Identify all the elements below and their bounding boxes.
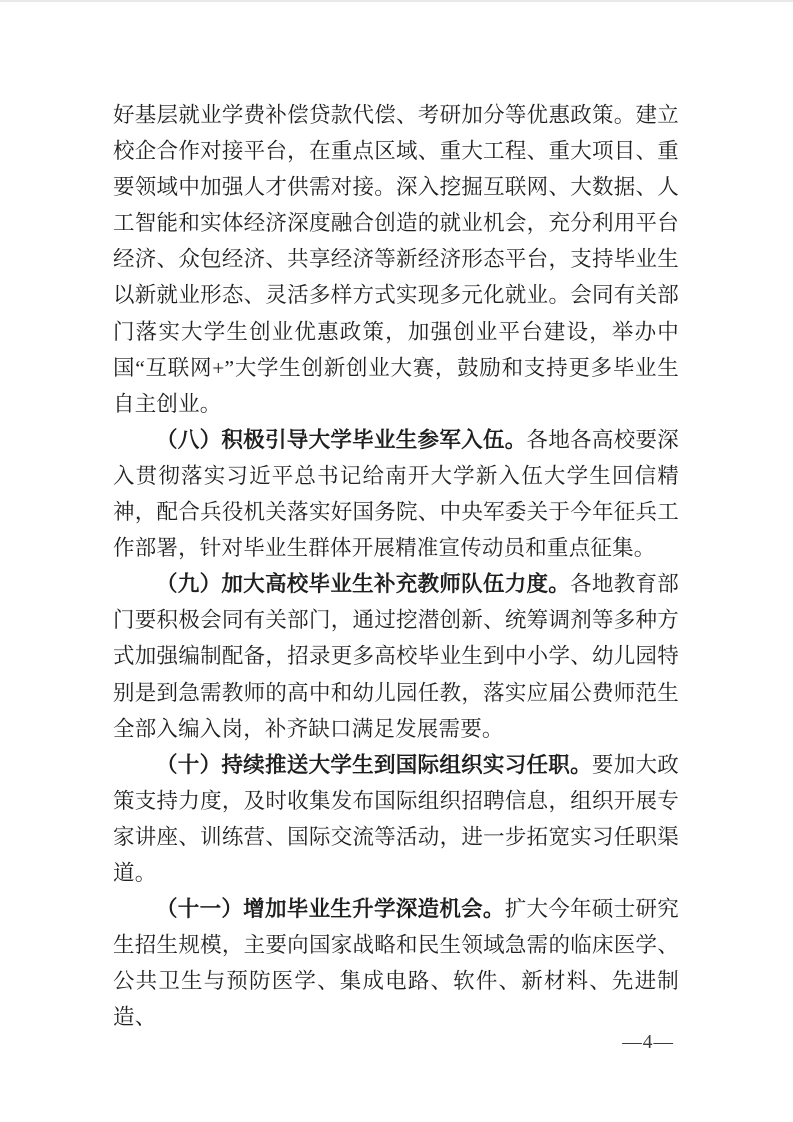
page-number: —4—	[622, 1032, 674, 1054]
paragraph-text: 好基层就业学费补偿贷款代偿、考研加分等优惠政策。建立校企合作对接平台，在重点区域…	[113, 103, 679, 416]
paragraph-lead: （八）积极引导大学毕业生参军入伍。	[156, 428, 527, 452]
paragraph-item-9: （九）加大高校毕业生补充教师队伍力度。各地教育部门要积极会同有关部门，通过挖潜创…	[113, 566, 679, 746]
paragraph-continuation: 好基层就业学费补偿贷款代偿、考研加分等优惠政策。建立校企合作对接平台，在重点区域…	[113, 97, 679, 422]
paragraph-item-8: （八）积极引导大学毕业生参军入伍。各地各高校要深入贯彻落实习近平总书记给南开大学…	[113, 422, 679, 566]
paragraph-text: 各地教育部门要积极会同有关部门，通过挖潜创新、统筹调剂等多种方式加强编制配备，招…	[113, 572, 679, 740]
paragraph-item-10: （十）持续推送大学生到国际组织实习任职。要加大政策支持力度，及时收集发布国际组织…	[113, 747, 679, 891]
paragraph-lead: （十）持续推送大学生到国际组织实习任职。	[156, 753, 592, 777]
paragraph-item-11: （十一）增加毕业生升学深造机会。扩大今年硕士研究生招生规模，主要向国家战略和民生…	[113, 891, 679, 1035]
document-page: 好基层就业学费补偿贷款代偿、考研加分等优惠政策。建立校企合作对接平台，在重点区域…	[0, 0, 793, 1122]
document-body: 好基层就业学费补偿贷款代偿、考研加分等优惠政策。建立校企合作对接平台，在重点区域…	[113, 97, 679, 1035]
paragraph-lead: （十一）增加毕业生升学深造机会。	[156, 897, 505, 921]
paragraph-lead: （九）加大高校毕业生补充教师队伍力度。	[156, 572, 570, 596]
